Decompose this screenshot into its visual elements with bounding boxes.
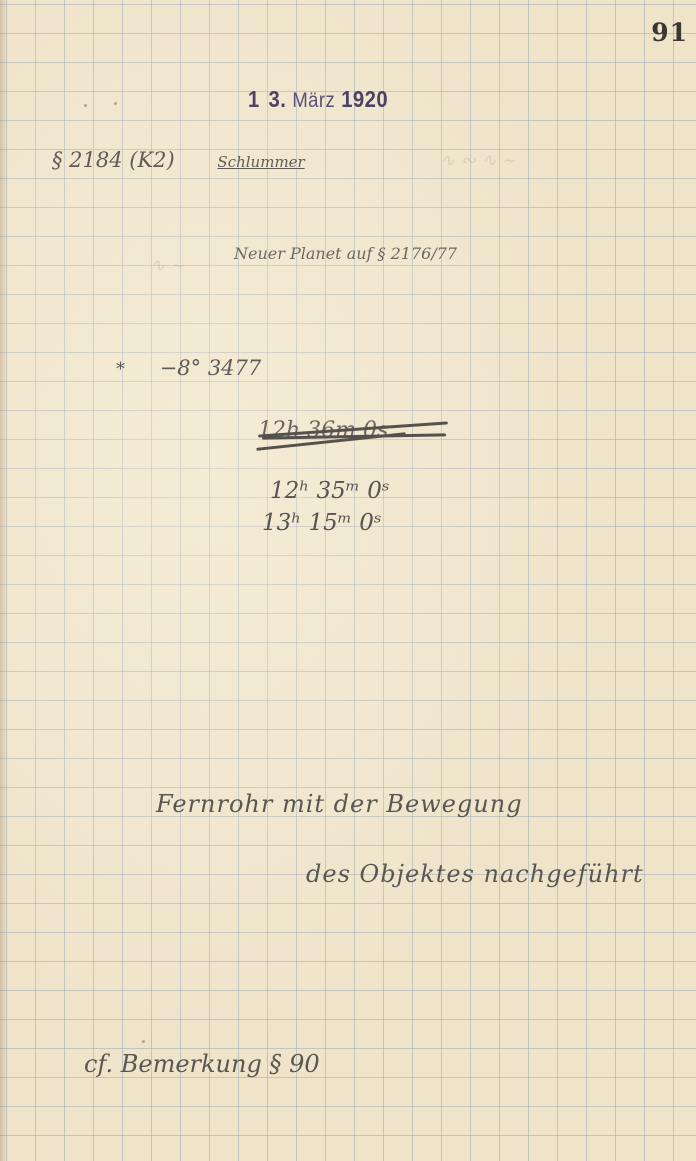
new-planet-note: Neuer Planet auf § 2176/77 [234, 244, 457, 263]
cross-reference-note: cf. Bemerkung § 90 [84, 1050, 320, 1078]
page-binding-edge [0, 0, 8, 1161]
paper-speck [84, 104, 87, 107]
star-designation: −8° 3477 [160, 356, 262, 380]
remark-line-2: des Objektes nachgeführt [306, 860, 644, 888]
catalog-reference-line: § 2184 (K2) Schlummer [52, 148, 305, 172]
bleed-through-text: ∿ ~ [150, 255, 186, 276]
date-stamp: 13. März 1920 [248, 86, 388, 113]
page-number: 91 [651, 18, 688, 47]
stamp-day-part2: 3. [269, 86, 287, 112]
stamp-month: März [292, 89, 335, 112]
notebook-page: 91 13. März 1920 ∿ ∾ ∿ ~ ∿ ~ § 2184 (K2)… [0, 0, 696, 1161]
paper-speck [142, 1040, 145, 1043]
stamp-year: 1920 [341, 86, 388, 112]
time-entry-2: 13ʰ 15ᵐ 0ˢ [262, 510, 382, 536]
asterisk-icon: * [116, 359, 125, 380]
remark-line-1: Fernrohr mit der Bewegung [156, 790, 523, 818]
star-designation-line: * −8° 3477 [116, 356, 261, 380]
stamp-day-part1: 1 [248, 86, 260, 112]
paper-speck [114, 102, 117, 105]
time-entry-1: 12ʰ 35ᵐ 0ˢ [270, 478, 390, 504]
catalog-reference: § 2184 (K2) [52, 148, 175, 172]
catalog-note-word: Schlummer [217, 153, 304, 171]
bleed-through-text: ∿ ∾ ∿ ~ [440, 150, 518, 171]
